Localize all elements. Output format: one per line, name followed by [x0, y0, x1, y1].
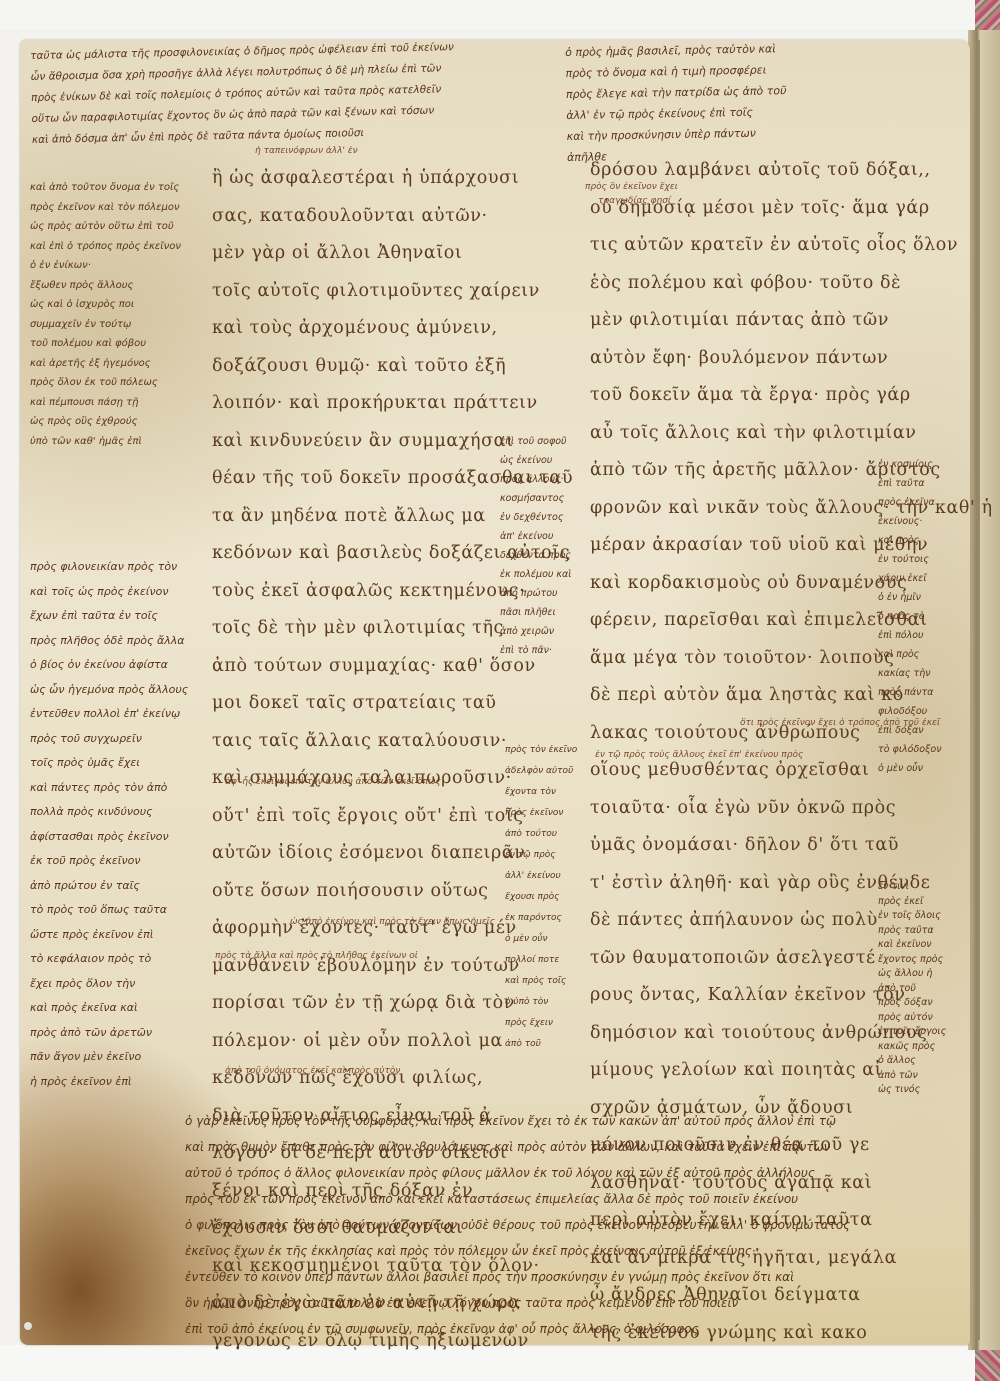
scholion-line: κοσμήσαντος: [500, 489, 572, 508]
interlinear-gloss: ἡ ταπεινόφρων ἀλλ' ἐν: [255, 146, 358, 156]
scholion-line: ἐν τοῖς ὅλοις: [878, 909, 958, 924]
scholion-line: ἔν τινι: [878, 880, 958, 895]
scholion-line: δεχθέντα πρὸς: [500, 546, 572, 565]
scholion-line: ὁ ὑπὸ τὸν: [505, 992, 577, 1013]
left-margin-scholia-upper: καὶ ἀπὸ τοῦτον ὄνομα ἐν τοῖς πρὸς ἐκεῖνο…: [30, 178, 205, 451]
scholion-line: καὶ πρὸς: [878, 645, 958, 664]
scholion-line: καὶ πέμπουσι πάσῃ τῇ: [30, 393, 205, 413]
scholion-line: ἔχοντος πρὸς: [878, 953, 958, 968]
scholion-line: ἔχει πρὸς ὅλον τὴν: [30, 972, 210, 997]
scholion-line: πρὸς αὐτόν: [878, 1011, 958, 1026]
scholion-line: πρὸς ταῦτα: [878, 924, 958, 939]
scholion-line: ἀπὸ τῶν: [878, 1069, 958, 1084]
scholion-line: καὶ ἐκεῖνον: [878, 938, 958, 953]
right-margin-scholia-lower: ἔν τινι πρὸς ἐκεῖ ἐν τοῖς ὅλοις πρὸς ταῦ…: [878, 880, 958, 1098]
scholion-line: ἀπὸ τούτου: [505, 824, 577, 845]
scholion-line: χάριν ἐκεῖ: [878, 569, 958, 588]
interlinear-gloss: πρὸς τὰ ἄλλα καὶ πρὸς τὸ πλῆθος ἐκείνων …: [215, 951, 418, 961]
text-line: τις αὐτῶν κρατεῖν ἐν αὐτοῖς οἷος ὅλον: [590, 227, 993, 265]
scholion-line: ἀπὸ τοῦ: [878, 982, 958, 997]
scholion-line: καὶ ἀρετῆς ἐξ ἡγεμόνος: [30, 354, 205, 374]
scholion-line: καὶ πρὸς τοῖς: [505, 971, 577, 992]
scholion-line: πᾶν ἄγον μὲν ἐκεῖνο: [30, 1045, 210, 1070]
scholion-line: ὡς τινός: [878, 1083, 958, 1098]
scholion-line: κακῶς πρὸς: [878, 1040, 958, 1055]
scholion-line: ὑπὸ τῶν καθ' ἡμᾶς ἐπὶ: [30, 432, 205, 452]
scholion-line: ὡς ὧν ἡγεμόνα πρὸς ἄλλους: [30, 678, 210, 703]
scholion-line: ὡς καὶ ὁ ἰσχυρὸς ποι: [30, 295, 205, 315]
scholion-line: τὸ κεφάλαιον πρὸς τὸ: [30, 947, 210, 972]
scholion-line: ἐκ τοῦ πρὸς ἐκεῖνον: [30, 849, 210, 874]
scholion-line: ἔχων ἐπὶ ταῦτα ἐν τοῖς: [30, 604, 210, 629]
scholion-line: πρὸς ἔχειν: [505, 1013, 577, 1034]
text-line: τοιαῦτα· οἷα ἐγὼ νῦν ὀκνῶ πρὸς: [590, 790, 993, 828]
scholion-line: πρὸς ἐκεῖνον: [505, 803, 577, 824]
scholion-line: πρὸς ἄλλους·: [500, 470, 572, 489]
scholion-line: ἔξωθεν πρὸς ἄλλους: [30, 276, 205, 296]
scholion-line: ὁ ἄλλος: [878, 1054, 958, 1069]
scholion-line: ἐκ πολέμου καὶ: [500, 565, 572, 584]
scholion-line: ὁ ἐν ἐνίκων·: [30, 256, 205, 276]
scholion-line: ὡς πρὸς αὐτὸν οὕτω ἐπὶ τοῦ: [30, 217, 205, 237]
text-line: τοῦ δοκεῖν ἅμα τὰ ἔργα· πρὸς γάρ: [590, 377, 993, 415]
scholion-line: τοῖς πρὸς ὑμᾶς ἔχει: [30, 751, 210, 776]
scholion-line: πρὸς ἐκεῖνα: [878, 493, 958, 512]
scholion-line: ἐπὶ τὸ πᾶν·: [500, 641, 572, 660]
scholion-line: ἐν δεχθέντος: [500, 508, 572, 527]
scholion-line: ὁ μὲν οὖν: [878, 759, 958, 778]
interlinear-gloss: τραγῳδίας φησί: [598, 196, 671, 206]
scholion-line: ἐπὶ τοῦ ἀπὸ ἐκείνου ἐν τῷ συμφωνεῖν, πρὸ…: [185, 1316, 965, 1342]
interlinear-gloss: ὅτι πρὸς ἐκεῖνον ἔχει ὁ τρόπος ἀπὸ τοῦ ἐ…: [740, 718, 940, 728]
scholion-line: πρὸς τὸν ἐκεῖνον: [505, 740, 577, 761]
scholion-line: ἀπ' ἐκείνου: [500, 527, 572, 546]
scholion-line: ἔχουσι πρὸς: [505, 887, 577, 908]
scholion-line: ἀδελφὸν αὐτοῦ: [505, 761, 577, 782]
scholion-line: ἐπὶ ταῦτα: [878, 474, 958, 493]
scholion-line: πολλοί ποτε: [505, 950, 577, 971]
scholion-line: πολλὰ πρὸς κινδύνους: [30, 800, 210, 825]
scholion-line: ὁ φιλόπολις πρὸς τὸν ἀπὸ τούτων φροντίζω…: [185, 1212, 965, 1238]
text-line: τοῖς αὐτοῖς φιλοτιμοῦντες χαίρειν: [212, 273, 573, 311]
scholion-line: ἐν κοσμίοις: [878, 455, 958, 474]
text-line: ἑὸς πολέμου καὶ φόβου· τοῦτο δὲ: [590, 265, 993, 303]
text-line: ἢ ὡς ἀσφαλεστέραι ἡ ὑπάρχουσι: [212, 160, 573, 198]
center-margin-scholia-lower: πρὸς τὸν ἐκεῖνον ἀδελφὸν αὐτοῦ ἔχοντα τὸ…: [505, 740, 577, 1055]
scholion-line: τὸ φιλόδοξον: [878, 740, 958, 759]
text-line: σας, καταδουλοῦνται αὐτῶν·: [212, 198, 573, 236]
scholion-line: καὶ πρὸς ἐκεῖνα καὶ: [30, 996, 210, 1021]
scholion-line: πρὸς ὅλον ἐκ τοῦ πόλεως: [30, 373, 205, 393]
right-margin-scholia-upper: ἐν κοσμίοις ἐπὶ ταῦτα πρὸς ἐκεῖνα ἐκείνο…: [878, 455, 958, 778]
text-line: λοιπόν· καὶ προκήρυκται πράττειν: [212, 385, 573, 423]
scholion-line: πρὸς φιλονεικίαν πρὸς τὸν: [30, 555, 210, 580]
scholion-line: ὁ πρὸς τὸ: [878, 607, 958, 626]
scholion-line: καὶ τοῖς ὡς πρὸς ἐκείνον: [30, 580, 210, 605]
scholion-line: ἀπὸ πρώτου: [500, 584, 572, 603]
scholion-line: πρὸς ἀπὸ τῶν ἀρετῶν: [30, 1021, 210, 1046]
interlinear-gloss: πρὸς ὃν ἐκεῖνον ἔχει: [585, 182, 678, 192]
mounting-pin: [24, 1322, 32, 1330]
text-line: αὖ τοῖς ἄλλοις καὶ τὴν φιλοτιμίαν: [590, 415, 993, 453]
scholion-line: ἡ πρὸς ἐκεῖνον ἐπὶ: [30, 1070, 210, 1095]
scholion-line: ὃν ἡμῶν ἀνὴρ πρὸς ταῦτα πολλὰ ἐπ' ἐκείνῳ…: [185, 1290, 965, 1316]
scholion-line: ἀπὸ πρώτου ἐν ταῖς: [30, 874, 210, 899]
scholion-line: πᾶσι πλῆθει: [500, 603, 572, 622]
bottom-scholia: ὁ γὰρ ἐκεῖνος πρὸς τὸν τῆς συμφορᾶς, καὶ…: [185, 1108, 965, 1342]
scholion-line: ὁ γὰρ ἐκεῖνος πρὸς τὸν τῆς συμφορᾶς, καὶ…: [185, 1108, 965, 1134]
scholion-line: τοῦ πολέμου καὶ φόβου: [30, 334, 205, 354]
scholion-line: καὶ ἐπὶ ὁ τρόπος πρὸς ἐκεῖνον: [30, 237, 205, 257]
scholion-line: ἀπὸ τοῦ: [505, 1034, 577, 1055]
top-scholia-left: ταῦτα ὡς μάλιστα τῆς προσφιλονεικίας ὁ δ…: [30, 37, 456, 151]
scholion-line: συμμαχεῖν ἐν τούτῳ: [30, 315, 205, 335]
scholion-line: πρὸς τοῦ συγχωρεῖν: [30, 727, 210, 752]
scholion-line: ἐντεῦθεν τὸ κοινὸν ὑπὲρ πάντων ἄλλοι βασ…: [185, 1264, 965, 1290]
scholion-line: ὁ βίος ὁν ἐκείνου ἀφίστα: [30, 653, 210, 678]
interlinear-gloss: ἀφ' ἧς ἐκεῖνοι ἐπὶ τὸν ἄλλον ἀπὸ τῶν ἐκε…: [225, 777, 441, 787]
scholion-line: ἐπὶ τοῦ σοφοῦ: [500, 432, 572, 451]
scholion-line: ἐν τούτοις: [878, 550, 958, 569]
scholion-line: καὶ πρὸς θυμὸν ἔπαθε πρὸς τὸν φίλον. βου…: [185, 1134, 965, 1160]
scholion-line: καὶ τὴν προσκύνησιν ὑπὲρ πάντων: [566, 122, 787, 147]
text-line: μὲν γὰρ οἱ ἄλλοι Ἀθηναῖοι: [212, 235, 573, 273]
text-line: μὲν φιλοτιμίαι πάντας ἀπὸ τῶν: [590, 302, 993, 340]
scholion-line: ἐν τῷ πρὸς: [505, 845, 577, 866]
scholion-line: κακίας τὴν: [878, 664, 958, 683]
scholion-line: πρὸς τοῦ ἐκ τῶν πρὸς ἐκεῖνον ἀπὸ καὶ ἐκε…: [185, 1186, 965, 1212]
scholion-line: ἐν τοῖς ἔργοις: [878, 1025, 958, 1040]
scholion-line: ἀφίστασθαι πρὸς ἐκεῖνον: [30, 825, 210, 850]
text-line: ὑμᾶς ὀνομάσαι· δῆλον δ' ὅτι ταῦ: [590, 827, 993, 865]
scholion-line: ὥστε πρὸς ἐκεῖνον ἐπὶ: [30, 923, 210, 948]
scholion-line: ὁ ἐν ἡμῖν: [878, 588, 958, 607]
interlinear-gloss: ἀπὸ τοῦ ὀνόματος ἐκεῖ καὶ πρὸς αὐτὸν: [225, 1066, 400, 1076]
text-line: αὐτὸν ἔφη· βουλόμενον πάντων: [590, 340, 993, 378]
scholion-line: πρὸς ἐκεῖ: [878, 895, 958, 910]
scholion-line: πρὸς πάντα: [878, 683, 958, 702]
scholion-line: ἀλλ' ἐκείνου: [505, 866, 577, 887]
scholion-line: ἐπὶ πόλου: [878, 626, 958, 645]
scholion-line: ἐντεῦθεν πολλοὶ ἐπ' ἐκείνῳ: [30, 702, 210, 727]
scholion-line: ὁ μὲν οὖν: [505, 929, 577, 950]
scholion-line: ἐκείνους·: [878, 512, 958, 531]
scholion-line: τὸ πρὸς τοῦ ὅπως ταῦτα: [30, 898, 210, 923]
left-margin-scholia-lower: πρὸς φιλονεικίαν πρὸς τὸν καὶ τοῖς ὡς πρ…: [30, 555, 210, 1094]
scholion-line: καὶ πάντες πρὸς τὸν ἀπὸ: [30, 776, 210, 801]
scholion-line: ὡς ἐκείνου: [500, 451, 572, 470]
scholion-line: πρὸς δόξαν: [878, 996, 958, 1011]
center-margin-scholia-upper: ἐπὶ τοῦ σοφοῦ ὡς ἐκείνου πρὸς ἄλλους· κο…: [500, 432, 572, 660]
scan-background-top: [0, 0, 1000, 30]
scholion-line: πρὸς ἔλεγε καὶ τὴν πατρίδα ὡς ἀπὸ τοῦ: [566, 80, 787, 105]
text-line: καὶ τοὺς ἀρχομένους ἀμύνειν,: [212, 310, 573, 348]
scholion-line: ὡς ἄλλου ἡ: [878, 967, 958, 982]
scholion-line: ἔχοντα τὸν: [505, 782, 577, 803]
scholion-line: ἐκεῖνος ἔχων ἐκ τῆς ἐκκλησίας καὶ πρὸς τ…: [185, 1238, 965, 1264]
scholion-line: ὡς πρὸς οὓς ἐχθρούς: [30, 412, 205, 432]
scholion-line: ἀπὸ χειρῶν: [500, 622, 572, 641]
scholion-line: ἐκ παρόντος: [505, 908, 577, 929]
interlinear-gloss: ὡς ἀπὸ ἐκείνου καὶ πρὸς τὸ ἔχειν ὅπως ἡμ…: [290, 917, 495, 927]
scholion-line: πρὸς ἐκεῖνον καὶ τὸν πόλεμον: [30, 198, 205, 218]
scholion-line: καὶ ἀπὸ τοῦτον ὄνομα ἐν τοῖς: [30, 178, 205, 198]
interlinear-gloss: ἐν τῷ πρὸς τοὺς ἄλλους ἐκεῖ ἐπ' ἐκείνου …: [595, 750, 803, 760]
binding-headband: [975, 0, 1000, 34]
scholion-line: καὶ πρὸς: [878, 531, 958, 550]
scholion-line: πρὸς πλῆθος ὁδὲ πρὸς ἄλλα: [30, 629, 210, 654]
scholion-line: αὐτοῦ ὁ τρόπος ὁ ἄλλος φιλονεικίαν πρὸς …: [185, 1160, 965, 1186]
top-scholia-right: ὁ πρὸς ἡμᾶς βασιλεῖ, πρὸς ταὐτὸν καὶ πρὸ…: [565, 38, 788, 168]
text-line: μοι δοκεῖ ταῖς στρατείαις ταῦ: [212, 685, 573, 723]
text-line: δοξάζουσι θυμῷ· καὶ τοῦτο ἐξῆ: [212, 348, 573, 386]
